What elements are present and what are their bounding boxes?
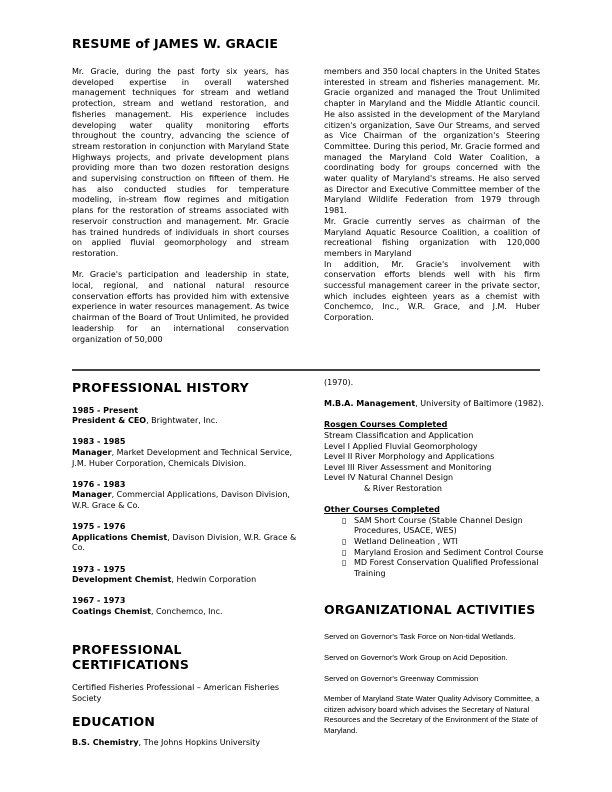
other-courses-heading: Other Courses Completed [324, 505, 544, 516]
job-entry: 1985 - Present President & CEO, Brightwa… [72, 406, 302, 427]
intro-right-column: members and 350 local chapters in the Un… [324, 67, 540, 324]
course-item: Level III River Assessment and Monitorin… [324, 463, 544, 474]
job-role: Development Chemist [72, 575, 171, 584]
activity-item: Served on Governor's Task Force on Non-t… [324, 632, 546, 642]
intro-paragraph: Mr. Gracie currently serves as chairman … [324, 217, 540, 260]
job-years: 1985 - Present [72, 406, 302, 417]
intro-paragraph: members and 350 local chapters in the Un… [324, 67, 540, 217]
course-item: ▯MD Forest Conservation Qualified Profes… [324, 558, 544, 579]
job-entry: 1973 - 1975 Development Chemist, Hedwin … [72, 565, 302, 586]
job-role: President & CEO [72, 416, 146, 425]
degree-year: (1970). [324, 378, 544, 389]
job-years: 1983 - 1985 [72, 437, 302, 448]
course-item-continuation: & River Restoration [324, 484, 544, 495]
job-role: Manager [72, 448, 112, 457]
job-role: Manager [72, 490, 112, 499]
degree-institution: , University of Baltimore (1982). [415, 399, 544, 408]
course-label: MD Forest Conservation Qualified Profess… [354, 558, 539, 578]
page-title: RESUME of JAMES W. GRACIE [72, 36, 278, 51]
job-org: , Brightwater, Inc. [146, 416, 218, 425]
job-entry: 1975 - 1976 Applications Chemist, Daviso… [72, 522, 302, 554]
education-heading: EDUCATION [72, 714, 155, 729]
job-org: , Hedwin Corporation [171, 575, 256, 584]
job-years: 1973 - 1975 [72, 565, 302, 576]
job-years: 1975 - 1976 [72, 522, 302, 533]
education-entry: B.S. Chemistry, The Johns Hopkins Univer… [72, 738, 312, 749]
heading-line: PROFESSIONAL [72, 642, 302, 657]
certifications-heading: PROFESSIONAL CERTIFICATIONS [72, 642, 302, 672]
job-entry: 1976 - 1983 Manager, Commercial Applicat… [72, 480, 302, 512]
job-years: 1976 - 1983 [72, 480, 302, 491]
intro-paragraph: Mr. Gracie, during the past forty six ye… [72, 67, 289, 260]
other-courses-list: ▯SAM Short Course (Stable Channel Design… [324, 516, 544, 580]
degree: M.B.A. Management [324, 399, 415, 408]
course-label: Maryland Erosion and Sediment Control Co… [354, 548, 543, 557]
course-item: Level II River Morphology and Applicatio… [324, 452, 544, 463]
bullet-icon: ▯ [342, 537, 346, 548]
organizational-heading: ORGANIZATIONAL ACTIVITIES [324, 602, 535, 617]
course-item: ▯Maryland Erosion and Sediment Control C… [324, 548, 544, 559]
intro-paragraph: In addition, Mr. Gracie's involvement wi… [324, 260, 540, 324]
course-label: Wetland Delineation , WTI [354, 537, 458, 546]
professional-history-section: PROFESSIONAL HISTORY 1985 - Present Pres… [72, 380, 302, 617]
job-entry: 1983 - 1985 Manager, Market Development … [72, 437, 302, 469]
job-entry: 1967 - 1973 Coatings Chemist, Conchemco,… [72, 596, 302, 617]
section-divider [72, 369, 540, 371]
bullet-icon: ▯ [342, 548, 346, 559]
section-heading: PROFESSIONAL HISTORY [72, 380, 302, 395]
course-item: Level IV Natural Channel Design [324, 473, 544, 484]
heading-line: CERTIFICATIONS [72, 657, 302, 672]
bullet-icon: ▯ [342, 558, 346, 569]
rosgen-heading: Rosgen Courses Completed [324, 420, 544, 431]
bullet-icon: ▯ [342, 516, 346, 527]
course-item: ▯SAM Short Course (Stable Channel Design… [324, 516, 544, 537]
education-entry: M.B.A. Management, University of Baltimo… [324, 399, 544, 410]
course-item: Stream Classification and Application [324, 431, 544, 442]
activity-item: Served on Governor's Work Group on Acid … [324, 653, 546, 663]
job-org: , Conchemco, Inc. [151, 607, 223, 616]
job-role: Coatings Chemist [72, 607, 151, 616]
activity-item: Served on Governor's Greenway Commission [324, 674, 546, 684]
job-role: Applications Chemist [72, 533, 167, 542]
intro-left-column: Mr. Gracie, during the past forty six ye… [72, 67, 289, 345]
certification-text: Certified Fisheries Professional – Ameri… [72, 683, 302, 704]
course-item: ▯Wetland Delineation , WTI [324, 537, 544, 548]
right-column-lower: (1970). M.B.A. Management, University of… [324, 378, 544, 579]
course-item: Level I Applied Fluvial Geomorphology [324, 442, 544, 453]
degree: B.S. Chemistry [72, 738, 139, 747]
course-label: SAM Short Course (Stable Channel Design … [354, 516, 523, 536]
job-years: 1967 - 1973 [72, 596, 302, 607]
organizational-list: Served on Governor's Task Force on Non-t… [324, 632, 546, 746]
activity-item: Member of Maryland State Water Quality A… [324, 694, 546, 736]
degree-institution: , The Johns Hopkins University [139, 738, 261, 747]
intro-paragraph: Mr. Gracie's participation and leadershi… [72, 270, 289, 345]
